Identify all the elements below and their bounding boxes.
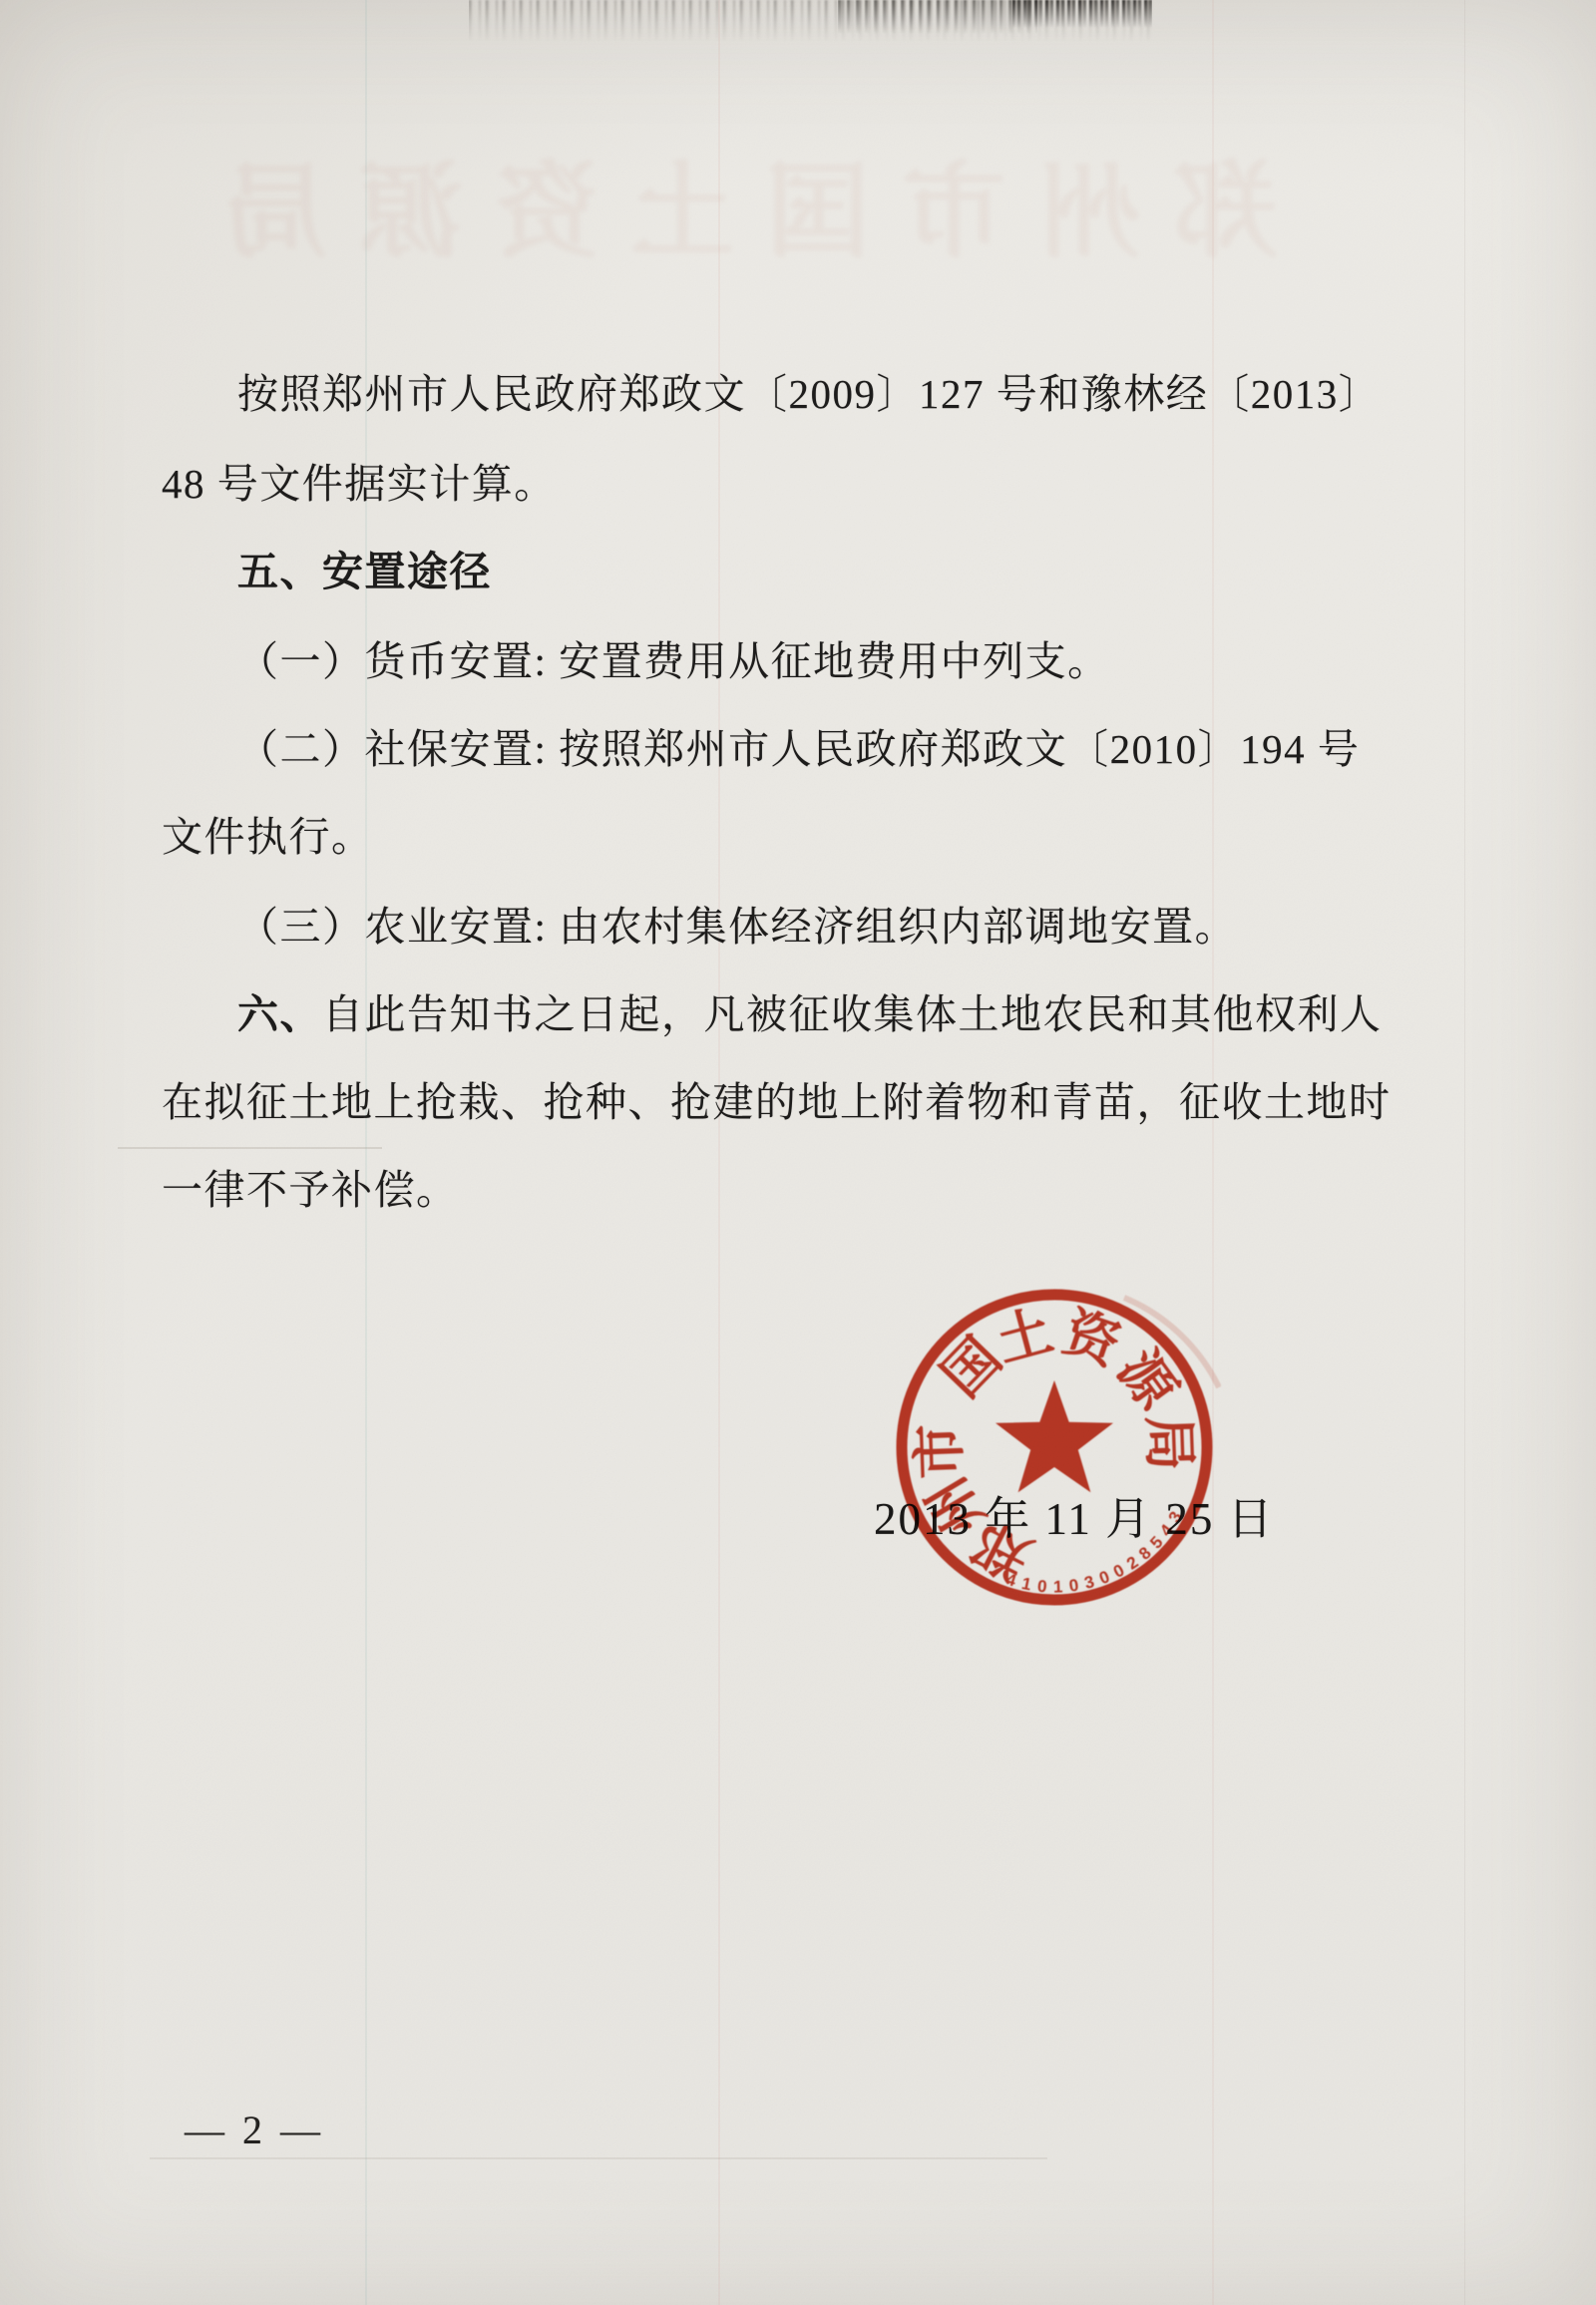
scan-streak [718,0,720,2305]
seal-serial-digit: 1 [1020,1574,1033,1595]
scan-streak [365,0,367,2305]
scan-streak [1212,0,1214,2305]
seal-serial-digit: 0 [1067,1576,1079,1596]
section-heading: 五、安置途径 [237,539,492,597]
document-line: （二）社保安置: 按照郑州市人民政府郑政文〔2010〕194 号 [237,716,1360,775]
seal-arc-char: 局 [1137,1414,1200,1471]
scan-streak [1464,0,1465,2305]
document-line: 在拟征土地上抢栽、抢种、抢建的地上附着物和青苗，征收土地时 [162,1069,1392,1128]
document-line: （三）农业安置: 由农村集体经济组织内部调地安置。 [237,894,1237,953]
seal-serial-digit: 0 [1110,1561,1127,1582]
seal-serial-digit: 3 [1082,1572,1096,1593]
document-line: 48 号文件据实计算。 [162,451,557,510]
seal-serial-digit: 0 [1096,1567,1112,1588]
document-line: 按照郑州市人民政府郑政文〔2009〕127 号和豫林经〔2013〕 [237,361,1381,420]
scan-vignette [0,0,1596,2305]
section-number: 六、 [237,991,322,1037]
seal-arc-char: 市 [909,1422,972,1479]
seal-serial-digit: 0 [1036,1577,1047,1597]
official-seal-stamp: 郑州市国土资源局 4101030028543 [890,1283,1221,1614]
document-line: 六、自此告知书之日起，凡被征收集体土地农民和其他权利人 [237,981,1383,1040]
scan-streak [150,2157,1047,2159]
document-line: （一）货币安置: 安置费用从征地费用中列支。 [237,628,1110,687]
paper-grain-texture [0,0,1596,2305]
scanner-smudge-artifact [1012,0,1152,28]
page-number: — 2 — [185,2107,324,2153]
scan-streak [118,1147,382,1149]
document-line: 文件执行。 [162,804,374,863]
document-line: 一律不予补偿。 [162,1157,459,1216]
bleed-through-ghost-text: 郑州市国土资源局 [229,128,1277,277]
document-line-text: 自此告知书之日起，凡被征收集体土地农民和其他权利人 [322,991,1383,1037]
seal-serial-digit: 1 [1053,1577,1063,1596]
star-icon [996,1380,1113,1492]
scanner-smudge-artifact [838,0,1037,34]
